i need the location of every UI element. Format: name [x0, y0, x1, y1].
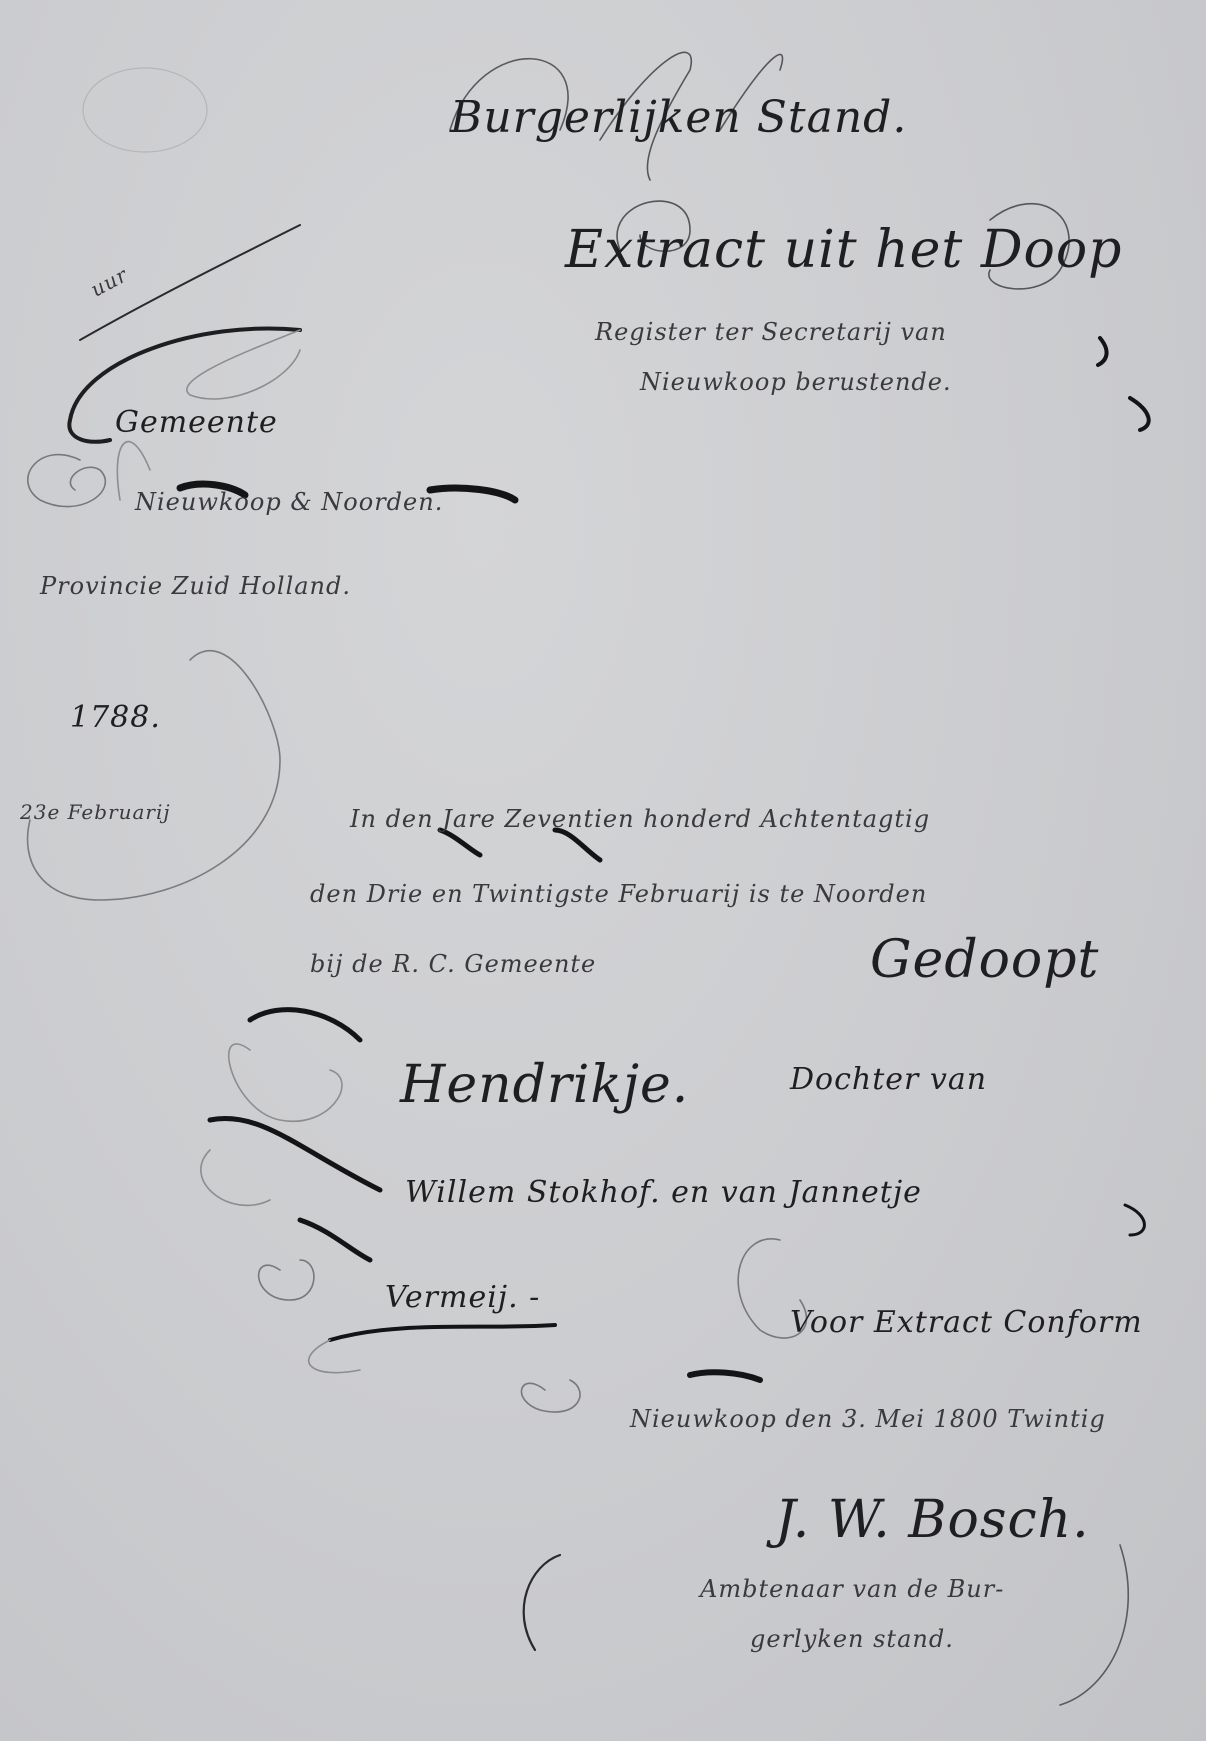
register-line-1: Register ter Secretarij van: [595, 318, 947, 346]
margin-province: Provincie Zuid Holland.: [40, 572, 351, 600]
parents-line: Willem Stokhof. en van Jannetje: [405, 1175, 922, 1210]
margin-gemeente-name: Nieuwkoop & Noorden.: [135, 488, 443, 516]
margin-date: 23e Februarij: [20, 800, 171, 824]
body-dochter-van: Dochter van: [790, 1062, 987, 1097]
voor-extract-conform: Voor Extract Conform: [790, 1305, 1143, 1340]
body-line-3-left: bij de R. C. Gemeente: [310, 950, 596, 978]
body-gedoopt: Gedoopt: [870, 930, 1099, 990]
signature-title-line-1: Ambtenaar van de Bur-: [700, 1575, 1004, 1603]
mother-surname: Vermeij. -: [385, 1280, 540, 1315]
margin-gemeente-label: Gemeente: [115, 405, 278, 440]
signature-name: J. W. Bosch.: [775, 1490, 1090, 1550]
signature-title-line-2: gerlyken stand.: [750, 1625, 954, 1653]
heading-extract-uit-het-doop: Extract uit het Doop: [565, 220, 1122, 280]
body-line-1: In den Jare Zeventien honderd Achtentagt…: [350, 805, 930, 833]
child-name-hendrikje: Hendrikje.: [400, 1055, 689, 1115]
body-line-2: den Drie en Twintigste Februarij is te N…: [310, 880, 927, 908]
register-line-2: Nieuwkoop berustende.: [640, 368, 952, 396]
heading-burgerlijken-stand: Burgerlijken Stand.: [450, 92, 907, 143]
place-and-date-line: Nieuwkoop den 3. Mei 1800 Twintig: [630, 1405, 1106, 1433]
margin-year: 1788.: [70, 700, 161, 735]
